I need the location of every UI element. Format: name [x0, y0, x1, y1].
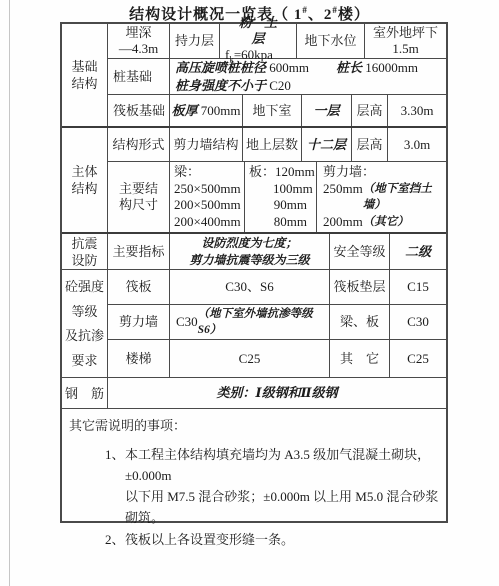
section-label-seismic: 抗震 设防 [62, 234, 108, 269]
cell-storey-height-value: 3.0m [388, 128, 446, 161]
section-steel: 钢 筋 类别：Ⅰ级钢和Ⅱ级钢 [62, 378, 446, 409]
above-floors-label: 地上层数 [246, 137, 298, 153]
pile-diameter-key: 高压旋喷桩桩径 [175, 60, 266, 75]
cell-pile-specs: 高压旋喷桩桩径 600mm 桩长 16000mm 桩身强度不小于 C20 [170, 59, 446, 94]
cell-wall-dimensions: 剪力墙： 250mm（地下室挡土墙） 200mm（其它） [317, 162, 446, 232]
soil-layer-text: 粉 土 层 [228, 15, 288, 47]
note-number: 1、 [105, 444, 125, 528]
slab-title: 板： [245, 164, 275, 181]
cell-raft-thickness: 板厚 700mm [170, 95, 243, 126]
structure-form-value: 剪力墙结构 [173, 137, 238, 153]
wall-thickness-note: （其它） [363, 214, 409, 231]
section-label-concrete: 砼强度 等级 及抗渗 要求 [62, 270, 108, 377]
storey-height-value: 3.0m [404, 137, 430, 153]
beam-slab-value: C30 [407, 314, 429, 330]
soil-layer-name: 粉 土 层 [220, 15, 296, 47]
section-body-seismic: 主要指标 设防烈度为七度； 剪力墙抗震等级为三级 安全等级 二级 [108, 234, 446, 269]
title-tail: 楼） [338, 7, 370, 23]
wall-thickness-note: （地下室挡土墙） [363, 181, 446, 214]
wall-dimension: 250mm（地下室挡土墙） [323, 181, 446, 214]
section-label-line: 主体 [71, 163, 97, 180]
cell-outdoor-ground: 室外地坪下 1.5m [365, 24, 446, 58]
storey-height-label: 层高 [356, 137, 382, 153]
wall-thickness-value: 250mm [323, 181, 363, 214]
pile-length-value: 16000mm [365, 60, 418, 75]
notes-heading: 其它需说明的事项： [69, 417, 440, 435]
note-number: 2、 [105, 529, 125, 550]
outdoor-ground-value: 1.5m [392, 41, 418, 57]
note-line: 本工程主体结构填充墙均为 A3.5 级加气混凝土砌块，±0.000m [125, 444, 440, 486]
burial-depth-value: —4.3m [119, 41, 158, 57]
row-structure-form: 结构形式 剪力墙结构 地上层数 十二层 层高 3.0m [108, 128, 446, 162]
raft-thickness-value: 700mm [201, 103, 241, 118]
seismic-grade: 剪力墙抗震等级为三级 [189, 252, 309, 269]
section-label-line: 及抗渗 [65, 328, 104, 343]
slab-line: 80mm [245, 214, 316, 231]
concrete-wall-label: 剪力墙 [119, 314, 158, 330]
seismic-indicators-label: 主要指标 [112, 244, 164, 260]
cell-concrete-raft-label: 筏板 [108, 270, 170, 304]
section-main-structure: 主体 结构 结构形式 剪力墙结构 地上层数 十二层 [62, 128, 446, 234]
row-seismic-indicators: 主要指标 设防烈度为七度； 剪力墙抗震等级为三级 安全等级 二级 [108, 234, 446, 269]
cell-stairs-label: 楼梯 [108, 340, 170, 377]
steel-label: 钢 筋 [65, 385, 104, 402]
row-raft-foundation: 筏板基础 板厚 700mm 地下室 一层 层高 3.30m [108, 95, 446, 126]
cell-basement-floors: 一层 [302, 95, 352, 126]
note-line: 筏板以上各设置变形缝一条。 [125, 529, 440, 550]
cell-groundwater: 地下水位 [297, 24, 365, 58]
cell-basement-height-label: 层高 [352, 95, 388, 126]
cell-storey-height-label: 层高 [352, 128, 388, 161]
section-body-main-structure: 结构形式 剪力墙结构 地上层数 十二层 层高 3.0m [108, 128, 446, 232]
row-pile-foundation: 桩基础 高压旋喷桩桩径 600mm 桩长 16000mm 桩身强度不小于 C20 [108, 59, 446, 95]
beam-slab-label: 梁、板 [340, 314, 379, 330]
cell-concrete-wall-label: 剪力墙 [108, 305, 170, 339]
section-label-line: 要求 [71, 353, 97, 368]
pile-foundation-label: 桩基础 [113, 69, 152, 85]
section-body-foundation: 埋深 —4.3m 持力层 粉 土 层 fk=60kpa [108, 24, 446, 126]
basement-floors-value: 一层 [313, 103, 339, 119]
cell-seismic-label: 主要指标 [108, 234, 170, 269]
safety-grade-value: 二级 [405, 244, 431, 260]
section-label-line: 抗震 [71, 235, 97, 252]
wall-thickness-value: 200mm [323, 214, 363, 231]
scan-edge-artifact [9, 0, 10, 586]
beam-dimension: 200×500mm [170, 197, 244, 214]
above-floors-value: 十二层 [307, 137, 346, 153]
section-label-line: 设防 [71, 252, 97, 269]
slab-indent [245, 181, 273, 198]
pile-strength-value: C20 [269, 78, 291, 93]
pile-spec-line-2: 桩身强度不小于 C20 [170, 77, 446, 94]
raft-cushion-label: 筏板垫层 [333, 279, 385, 295]
row-steel-category: 类别：Ⅰ级钢和Ⅱ级钢 [108, 378, 446, 408]
dimensions-label-line: 主要结 [119, 181, 158, 197]
overview-table: 基础 结构 埋深 —4.3m 持力层 粉 土 层 [60, 22, 448, 523]
wall-title: 剪力墙： [323, 164, 446, 181]
section-label-main-structure: 主体 结构 [62, 128, 108, 232]
section-label-line: 结构 [71, 180, 97, 197]
cell-beam-slab-value: C30 [390, 305, 446, 339]
section-body-concrete: 筏板 C30、S6 筏板垫层 C15 剪力墙 [108, 270, 446, 377]
cell-burial-depth: 埋深 —4.3m [108, 24, 170, 58]
raft-thickness: 板厚 700mm [172, 103, 241, 119]
note-text: 筏板以上各设置变形缝一条。 [125, 529, 440, 550]
pile-diameter-value: 600mm [269, 60, 309, 75]
cell-above-floors-value: 十二层 [302, 128, 352, 161]
basement-height-label: 层高 [356, 103, 382, 119]
raft-cushion-value: C15 [407, 279, 429, 295]
cell-safety-value: 二级 [390, 234, 446, 269]
slab-line: 100mm [245, 181, 316, 198]
pile-diameter: 高压旋喷桩桩径 600mm [175, 60, 309, 76]
pile-length: 桩长 16000mm [336, 60, 418, 76]
cell-soil-layer: 粉 土 层 fk=60kpa [220, 24, 297, 58]
cell-raft-label: 筏板基础 [108, 95, 170, 126]
cell-steel-category: 类别：Ⅰ级钢和Ⅱ级钢 [108, 378, 446, 408]
cell-other-value: C25 [390, 340, 446, 377]
slab-dimension: 80mm [273, 214, 316, 231]
cell-beam-dimensions: 梁： 250×500mm 200×500mm 200×400mm [170, 162, 245, 232]
safety-grade-label: 安全等级 [333, 244, 385, 260]
cell-seismic-values: 设防烈度为七度； 剪力墙抗震等级为三级 [170, 234, 330, 269]
row-concrete-raft: 筏板 C30、S6 筏板垫层 C15 [108, 270, 446, 305]
steel-category-key: 类别： [216, 385, 255, 401]
cell-structure-form-value: 剪力墙结构 [170, 128, 243, 161]
slab-indent [245, 197, 273, 214]
slab-dimension: 100mm [273, 181, 322, 198]
beam-title: 梁： [170, 164, 244, 181]
pile-length-key: 桩长 [336, 60, 362, 75]
section-notes: 其它需说明的事项： 1、 本工程主体结构填充墙均为 A3.5 级加气混凝土砌块，… [62, 409, 446, 521]
outdoor-ground-label: 室外地坪下 [373, 25, 438, 41]
slab-dimension: 90mm [273, 197, 316, 214]
cell-basement-label: 地下室 [243, 95, 302, 126]
stairs-label: 楼梯 [125, 351, 151, 367]
cell-dimensions-label: 主要结 构尺寸 [108, 162, 170, 232]
bearing-layer-label: 持力层 [175, 33, 214, 49]
other-label: 其 它 [340, 351, 379, 367]
basement-height-value: 3.30m [401, 103, 434, 119]
stairs-value: C25 [239, 351, 261, 367]
row-concrete-stairs: 楼梯 C25 其 它 C25 [108, 340, 446, 377]
title-separator: 、 [308, 7, 324, 23]
wall-dimension: 200mm（其它） [323, 214, 446, 231]
basement-label: 地下室 [252, 103, 291, 119]
dimensions-label-line: 构尺寸 [119, 197, 158, 213]
section-label-line: 砼强度 [65, 279, 104, 294]
burial-depth-label: 埋深 [125, 25, 151, 41]
section-concrete: 砼强度 等级 及抗渗 要求 筏板 C30、S6 筏板垫层 [62, 270, 446, 378]
row-concrete-wall: 剪力墙 C30（地下室外墙抗渗等级S6） 梁、板 C30 [108, 305, 446, 340]
cell-pile-label: 桩基础 [108, 59, 170, 94]
beam-dimension: 200×400mm [170, 214, 244, 231]
cell-structure-form-label: 结构形式 [108, 128, 170, 161]
steel-category-value: Ⅰ级钢和Ⅱ级钢 [255, 385, 337, 401]
section-foundation: 基础 结构 埋深 —4.3m 持力层 粉 土 层 [62, 24, 446, 128]
note-text: 本工程主体结构填充墙均为 A3.5 级加气混凝土砌块，±0.000m 以下用 M… [125, 444, 440, 528]
section-label-foundation: 基础 结构 [62, 24, 108, 126]
concrete-wall-value: C30 [176, 314, 198, 330]
cell-beam-slab-label: 梁、板 [330, 305, 390, 339]
cell-slab-dimensions: 板： 120mm 100mm 90mm 8 [245, 162, 317, 232]
slab-line: 90mm [245, 197, 316, 214]
section-body-steel: 类别：Ⅰ级钢和Ⅱ级钢 [108, 378, 446, 408]
cell-bearing-layer: 持力层 [170, 24, 220, 58]
section-label-line: 基础 [71, 58, 97, 75]
section-label-steel: 钢 筋 [62, 378, 108, 408]
note-line: 以下用 M7.5 混合砂浆；±0.000m 以上用 M5.0 混合砂浆砌筑。 [125, 486, 440, 528]
note-item-2: 2、 筏板以上各设置变形缝一条。 [105, 529, 440, 550]
other-value: C25 [407, 351, 429, 367]
cell-concrete-raft-value: C30、S6 [170, 270, 330, 304]
raft-foundation-label: 筏板基础 [113, 103, 165, 119]
pile-strength-key: 桩身强度不小于 [175, 78, 266, 93]
cell-above-floors-label: 地上层数 [243, 128, 302, 161]
section-label-line: 等级 [71, 304, 97, 319]
note-item-1: 1、 本工程主体结构填充墙均为 A3.5 级加气混凝土砌块，±0.000m 以下… [105, 444, 440, 528]
cell-basement-height-value: 3.30m [388, 95, 446, 126]
slab-indent [245, 214, 273, 231]
row-burial-depth: 埋深 —4.3m 持力层 粉 土 层 fk=60kpa [108, 24, 446, 59]
cell-other-label: 其 它 [330, 340, 390, 377]
concrete-raft-value: C30、S6 [225, 279, 273, 295]
cell-stairs-value: C25 [170, 340, 330, 377]
section-seismic: 抗震 设防 主要指标 设防烈度为七度； 剪力墙抗震等级为三级 安全等级 [62, 234, 446, 270]
concrete-raft-label: 筏板 [125, 279, 151, 295]
structure-form-label: 结构形式 [112, 137, 164, 153]
pile-spec-line-1: 高压旋喷桩桩径 600mm 桩长 16000mm [170, 59, 446, 77]
cell-concrete-wall-value: C30（地下室外墙抗渗等级S6） [170, 305, 330, 339]
cell-raft-cushion-label: 筏板垫层 [330, 270, 390, 304]
slab-line: 板： 120mm [245, 164, 316, 181]
groundwater-label: 地下水位 [304, 33, 356, 49]
seismic-intensity: 设防烈度为七度； [201, 235, 297, 252]
concrete-wall-note: （地下室外墙抗渗等级S6） [198, 306, 329, 338]
beam-dimension: 250×500mm [170, 181, 244, 198]
cell-safety-label: 安全等级 [330, 234, 390, 269]
cell-raft-cushion-value: C15 [390, 270, 446, 304]
notes-block: 其它需说明的事项： 1、 本工程主体结构填充墙均为 A3.5 级加气混凝土砌块，… [62, 409, 446, 521]
raft-thickness-key: 板厚 [172, 103, 198, 118]
row-main-dimensions: 主要结 构尺寸 梁： 250×500mm 200×500mm 200×400mm… [108, 162, 446, 232]
section-label-line: 结构 [71, 75, 97, 92]
scanned-document-page: 结构设计概况一览表（ 1#、2#楼） 基础 结构 埋深 —4.3m 持力层 [0, 0, 499, 586]
